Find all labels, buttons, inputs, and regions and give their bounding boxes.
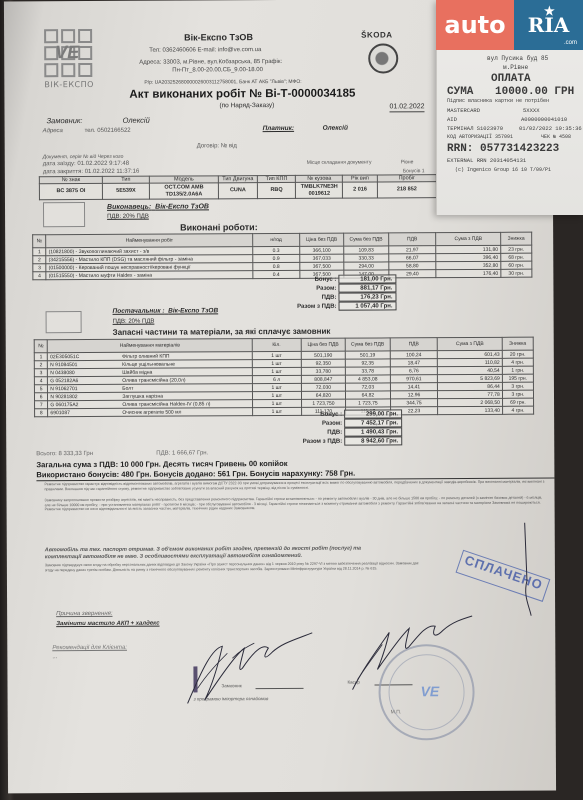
receipt-aid: A0000000041010 [521, 116, 567, 123]
receipt-address-2: м.Рівне [503, 64, 528, 71]
row-number: 8 [35, 409, 48, 417]
vat: 970,61 [390, 375, 438, 383]
hours: 0.9 [253, 254, 300, 262]
parts-totals: Бонус :299,00 Грн.Разом:7 452,17 Грн.ПДВ… [289, 409, 402, 446]
total-label: Разом з ПДВ: [284, 303, 339, 309]
part-code: N 90281802 [50, 393, 122, 399]
price: 367,033 [299, 254, 343, 262]
total-label: Бонус : [289, 411, 344, 417]
hours: 0.3 [253, 246, 300, 254]
works-vat-note: ПДВ: 20% ПДВ [107, 214, 149, 220]
quantity: 1 шт [252, 351, 301, 359]
hours: 0.8 [253, 262, 300, 270]
sum-no-vat: 72,03 [346, 383, 390, 391]
col-header: Ціна без ПДВ [299, 233, 344, 246]
total-value: 176,23 Грн. [338, 292, 396, 301]
logo-mark: VE [55, 42, 79, 63]
part-code: G 052182A6 [50, 377, 122, 383]
price: 366,100 [299, 246, 343, 254]
receipt-footer: (c) Ingenico Group 16 10 T/09/P1 [455, 167, 551, 173]
total-vat: ПДВ: 1 666,67 Грн. [156, 450, 208, 456]
row-number: 1 [34, 353, 47, 361]
price: 64,820 [301, 391, 345, 399]
part-code: 6901087 [50, 409, 122, 415]
total-label: Разом: [283, 285, 338, 291]
discount: 3 грн. [502, 382, 533, 390]
sum-no-vat: 294,00 [344, 262, 388, 270]
quantity: 1 шт [252, 383, 301, 391]
warranty-periods: Замовнику запропоновано провести розбірк… [45, 496, 545, 512]
recommend-label: Рекомендації для Клієнта: [52, 645, 127, 651]
discount: 30 грн. [501, 269, 532, 277]
part-code: G 060175A2 [50, 401, 122, 407]
customer-label: Замовник: [47, 116, 83, 125]
part-code: N 0438080 [50, 369, 122, 375]
discount: 68 грн. [501, 253, 532, 261]
works-table: № Найменування робіт н/год Ціна без ПДВ … [32, 232, 532, 281]
total-value: 299,00 Грн. [344, 409, 402, 418]
autoria-domain: .com [564, 40, 577, 46]
vat: 14,41 [390, 383, 438, 391]
discount: 195 грн. [502, 374, 533, 382]
part-name: Олива трансмісійна Haldex-IV (0,85 л) [122, 401, 210, 407]
part-description: 6901087Очисник агрегатів 500 мл [48, 408, 253, 417]
autoria-auto-text: auto [436, 0, 514, 50]
payer-name: Олексій [323, 125, 348, 132]
row-number: 7 [35, 401, 48, 409]
row-number: 1 [33, 248, 46, 256]
total-without-vat: Всього: 8 333,33 Грн [36, 451, 93, 457]
discount: 3 грн. [502, 390, 533, 398]
col-header: Сума з ПДВ [438, 337, 503, 350]
supplier-line: Постачальник : Вік-Експо ТзОВ [113, 307, 219, 315]
executor-stamp-image [43, 202, 85, 227]
address-label: Адреса [43, 128, 63, 134]
discount: 23 грн. [501, 245, 532, 253]
skoda-logo-icon [368, 43, 398, 73]
col-header: Тип Двигуна [218, 176, 257, 183]
total-row: Разом з ПДВ:1 057,40 Грн. [284, 301, 397, 311]
part-row: 86901087Очисник агрегатів 500 мл1 шт111,… [35, 406, 534, 417]
col-header: ПДВ [390, 338, 438, 351]
place-label: Місце складання документу [307, 160, 372, 166]
company-contacts: Тел: 0362460606 E-mail: info@ve.com.ua [149, 47, 261, 54]
reason-label: Причина звернення: [56, 611, 112, 617]
reason-value: Замінити мастило АКП + халдекс [56, 621, 159, 628]
place-value: Рівне [401, 159, 414, 165]
col-header: Знижка [502, 337, 533, 350]
sum-no-vat: 4 853,08 [346, 375, 390, 383]
sum-no-vat: 109,83 [344, 246, 388, 254]
plate-number: ВС 3875 ОІ [39, 183, 102, 199]
part-code: 02E305051C [50, 353, 122, 359]
col-header: Найменування матеріалів [48, 339, 253, 353]
sum-with-vat: 176,40 [436, 269, 500, 277]
vat: 100,24 [390, 351, 438, 359]
grand-total: Загальна сума з ПДВ: 10 000 Грн. Десять … [36, 459, 287, 469]
col-header: Сума без ПДВ [344, 233, 389, 246]
receipt-check-number: ЧЕК № 4508 [541, 134, 571, 140]
sum-no-vat: 92,35 [345, 359, 389, 367]
total-value: 181,00 Грн. [338, 274, 396, 283]
executor-line: Виконавець: Вік-Експо ТзОВ [107, 203, 209, 211]
total-value: 7 452,17 Грн. [344, 418, 402, 427]
data-consent: Замовник підтверджує свою згоду на оброб… [45, 561, 425, 572]
row-number: 4 [34, 377, 47, 385]
col-header: н/год [253, 233, 300, 246]
customer-name: Олексій [123, 116, 150, 125]
col-header: Кіл. [252, 338, 301, 351]
row-number: 3 [34, 369, 47, 377]
vehicle-model: OCT.COM AMB TD135/2.0A6A [149, 183, 218, 199]
discount: 4 грн. [502, 358, 533, 366]
autoria-ria-block: ★ RIA .com [514, 0, 583, 50]
sum-no-vat: 64,82 [346, 391, 390, 399]
discount: 4 грн. [502, 406, 533, 414]
receipt-title: ОПЛАТА [491, 73, 531, 85]
vehicle-table: № знак Тип Модель Тип Двигуна Тип КПП № … [39, 174, 437, 200]
cashier-signature [347, 614, 477, 695]
discount: 20 грн. [502, 350, 533, 358]
logo-caption: ВІК-ЕКСПО [44, 80, 94, 89]
doc-series-line: Документ, серія № від Через кого [43, 154, 124, 160]
parts-vat-note: ПДВ: 20% ПДВ [113, 319, 155, 325]
col-header: Знижка [500, 232, 531, 245]
part-name: Шайба мідна [122, 369, 152, 375]
row-number: 4 [33, 272, 46, 280]
part-name: Фільтр оливний КПП [122, 353, 169, 359]
receipt-external-rrn: EXTERNAL RRN 20314054131 [447, 157, 526, 164]
works-title: Виконані роботи: [180, 222, 258, 232]
price: 808,847 [301, 375, 345, 383]
vin: TMBLK7NE3H 0019612 [296, 182, 343, 198]
sum-no-vat: 330,33 [344, 254, 388, 262]
price: 72,030 [301, 383, 345, 391]
executor-label: Виконавець: [107, 204, 151, 211]
row-number: 3 [33, 264, 46, 272]
part-name: Очисник агрегатів 500 мл [122, 409, 181, 415]
company-name: Вік-Експо ТзОВ [184, 32, 253, 42]
vat: 6,76 [390, 367, 438, 375]
receipt-sum: 10000.00 ГРН [495, 86, 574, 98]
supplier-stamp-image [46, 311, 82, 333]
col-header: Ціна без ПДВ [301, 338, 346, 351]
total-value: 1 490,43 Грн. [344, 427, 402, 436]
receipt-note: Підпис власника картки не потрібен [447, 98, 549, 104]
document-subtitle: (по Наряд-Заказу) [219, 102, 274, 109]
warranty-terms: Ремонтне підприємство гарантує відповідн… [44, 480, 544, 492]
vat: 12,96 [390, 391, 438, 399]
total-label: Бонус : [283, 276, 338, 282]
total-value: 1 057,40 Грн. [339, 301, 397, 310]
col-header: ПДВ [388, 233, 436, 246]
receipt-auth-code: КОД АВТОРИЗАЦІЇ 357091 [447, 134, 513, 140]
quantity: 6 л [252, 375, 301, 383]
receipt-card-number: 5XXXX [523, 107, 540, 114]
vat: 66,07 [388, 254, 436, 262]
receipt-datetime: 01/02/2022 10:35:36 [519, 125, 582, 132]
gearbox-type: RBQ [257, 182, 296, 198]
total-value: 881,17 Грн. [338, 283, 396, 292]
col-header: № [33, 235, 46, 248]
vehicle-type: 5E539X [102, 183, 149, 199]
company-address: Адреса: 33003, м.Рівне, вул.Кобзарська, … [139, 59, 282, 66]
date-out: дата закриття: 01.02.2022 11:37:16 [43, 169, 140, 176]
vehicle-row: ВС 3875 ОІ 5E539X OCT.COM AMB TD135/2.0A… [39, 182, 436, 200]
receipt-sum-label: СУМА [447, 86, 473, 98]
document-date: 01.02.2022 [389, 103, 424, 112]
engine-type: CUNA [219, 183, 258, 199]
company-bank: Р/р: UA203252680000026003112758001, Банк… [144, 79, 301, 86]
work-name: (01515550) - Мастило муфти Haldex - замі… [46, 271, 253, 280]
row-number: 5 [34, 385, 47, 393]
supplier-name: Вік-Експо ТзОВ [168, 307, 218, 314]
autoria-watermark: auto ★ RIA .com [436, 0, 583, 50]
brand-name: ŠKODA [361, 30, 392, 39]
quantity: 1 шт [252, 359, 301, 367]
price: 367,500 [300, 262, 344, 270]
payment-receipt: auto ★ RIA .com вул Пусика буд 85 м.Рівн… [436, 0, 583, 215]
quantity: 1 шт [252, 367, 301, 375]
acceptance-statement: Автомобіль та тех. паспорт отримав. З об… [45, 545, 395, 561]
part-code: N 91084501 [50, 361, 122, 367]
col-header: Сума з ПДВ [436, 232, 501, 245]
receipt-aid-label: AID [447, 116, 457, 123]
part-code: N 91062701 [50, 385, 122, 391]
sum-no-vat: 33,78 [346, 367, 390, 375]
total-value: 8 942,60 Грн. [344, 436, 402, 445]
price: 1 723,750 [301, 399, 345, 407]
parts-table: № Найменування матеріалів Кіл. Ціна без … [34, 337, 534, 418]
total-label: ПДВ: [283, 294, 338, 300]
total-label: Разом з ПДВ: [289, 438, 344, 444]
receipt-card: MASTERCARD [447, 107, 480, 114]
col-header: Найменування робіт [46, 234, 253, 248]
vat: 21,97 [388, 246, 436, 254]
sum-no-vat: 501,19 [345, 351, 389, 359]
supplier-label: Постачальник : [113, 308, 165, 315]
row-number: 2 [34, 361, 47, 369]
seal-mp-label: М.П. [391, 709, 402, 715]
part-name: Заглушка нарізна [122, 393, 163, 399]
parts-title: Запасні частини та матеріали, за які спл… [113, 327, 331, 337]
total-label: Разом: [289, 420, 344, 426]
part-name: Болт [122, 385, 133, 391]
company-logo: VE ВІК-ЕКСПО [44, 29, 94, 89]
works-totals: Бонус :181,00 Грн.Разом:881,17 Грн.ПДВ:1… [283, 274, 396, 311]
total-label: ПДВ: [289, 429, 344, 435]
price: 501,190 [301, 351, 345, 359]
vat: 58,80 [388, 262, 436, 270]
total-row: Разом з ПДВ:8 942,60 Грн. [289, 436, 402, 446]
discount: 69 грн. [502, 398, 533, 406]
document-title: Акт виконаних робіт № Ві-Т-0000034185 [129, 88, 355, 101]
receipt-address-1: вул Пусика буд 85 [487, 55, 548, 62]
payer-label: Платник: [263, 125, 295, 132]
discount: 60 грн. [501, 261, 532, 269]
quantity: 1 шт [252, 391, 301, 399]
col-header: № [34, 340, 47, 353]
receipt-terminal: ТЕРМІНАЛ S1023970 [447, 125, 503, 132]
price: 33,780 [301, 367, 345, 375]
contract-info: Договір: № від [197, 143, 237, 149]
vertical-signature-stroke [517, 521, 538, 621]
discount: 1 грн. [502, 366, 533, 374]
col-header: Сума без ПДВ [345, 338, 390, 351]
row-number: 2 [33, 256, 46, 264]
price: 92,350 [301, 359, 345, 367]
year: 2 016 [343, 182, 378, 198]
sum-with-vat: 133,40 [438, 406, 502, 414]
star-icon: ★ [544, 4, 555, 18]
work-row: 4(01515550) - Мастило муфти Haldex - зам… [33, 269, 532, 280]
part-name: Кільце ущільнювальне [122, 361, 175, 367]
executor-name: Вік-Експо ТзОВ [155, 203, 209, 210]
customer-phone: тел. 0502166522 [85, 128, 131, 134]
quantity: 1 шт [252, 399, 301, 407]
company-schedule: Пн-Пт_8.00-20.00,СБ_9.00-18.00 [172, 67, 263, 73]
vat: 18,47 [390, 359, 438, 367]
mileage: 218 852 [377, 182, 436, 198]
date-in: дата заїзду: 01.02.2022 9:17:48 [43, 161, 129, 167]
vat: 344,75 [390, 399, 438, 407]
sum-no-vat: 1 723,75 [346, 399, 390, 407]
customer-signature [182, 628, 322, 709]
receipt-rrn: RRN: 057731423223 [447, 143, 559, 155]
part-name: Олива трансмісійна (20,0л) [122, 377, 185, 383]
recommend-value: ... [52, 654, 57, 660]
row-number: 6 [34, 393, 47, 401]
